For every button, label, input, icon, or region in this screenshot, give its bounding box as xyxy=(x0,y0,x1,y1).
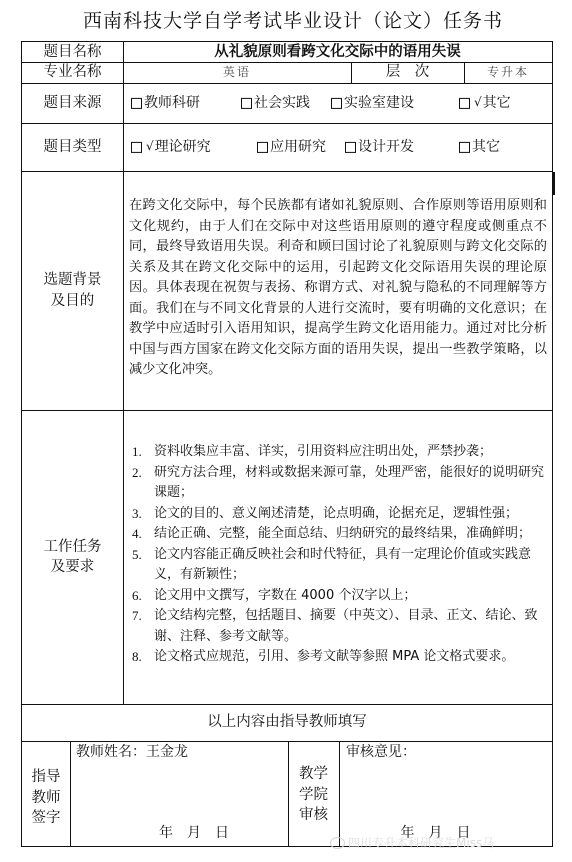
source-option-social-practice[interactable]: 社会实践 xyxy=(241,94,310,112)
major-label: 专业名称 xyxy=(22,62,123,83)
checkmark-icon: √ xyxy=(474,95,482,111)
advisor-fill-note: 以上内容由指导教师填写 xyxy=(22,704,552,741)
list-item: 7.论文结构完整，包括题目、摘要（中英文）、目录、正文、结论、致谢、注释、参考文… xyxy=(132,606,547,647)
background-label: 选题背景 及目的 xyxy=(22,171,123,410)
list-item: 1.资料收集应丰富、详实，引用资料应注明出处，严禁抄袭； xyxy=(132,442,547,463)
level-value: 专升本 xyxy=(464,62,552,83)
list-item: 5.论文内容能正确反映社会和时代特征，具有一定理论价值或实践意义，有新颖性； xyxy=(132,545,547,586)
requirements-label: 工作任务 及要求 xyxy=(22,410,123,704)
list-item: 2.研究方法合理，材料或数据来源可靠，处理严密，能很好的说明研究课题； xyxy=(132,463,547,504)
checkbox-icon[interactable] xyxy=(131,98,142,109)
task-document: 西南科技大学自学考试毕业设计（论文）任务书 题目名称 从礼貌原则看跨文化交际中的… xyxy=(0,0,572,862)
list-item: 6.论文用中文撰写，字数在 4000 个汉字以上； xyxy=(132,586,547,607)
requirements-list: 1.资料收集应丰富、详实，引用资料应注明出处，严禁抄袭； 2.研究方法合理，材料… xyxy=(132,442,547,668)
teacher-name: 教师姓名：王金龙 xyxy=(76,742,188,762)
source-option-lab-construction[interactable]: 实验室建设 xyxy=(331,94,414,112)
weibo-logo-icon xyxy=(330,837,345,849)
type-option-design-development[interactable]: 设计开发 xyxy=(345,138,414,156)
type-option-other[interactable]: 其它 xyxy=(459,138,500,156)
checkbox-icon[interactable] xyxy=(331,98,342,109)
checkbox-icon[interactable] xyxy=(459,98,470,109)
level-label: 层 次 xyxy=(351,62,464,83)
checkbox-icon[interactable] xyxy=(459,142,470,153)
topic-type-options: √理论研究 应用研究 设计开发 其它 xyxy=(123,123,552,171)
document-title: 西南科技大学自学考试毕业设计（论文）任务书 xyxy=(0,6,572,33)
topic-source-options: 教师科研 社会实践 实验室建设 √其它 xyxy=(123,83,552,123)
checkbox-icon[interactable] xyxy=(241,98,252,109)
list-item: 4.结论正确、完整，能全面总结、归纳研究的最终结果，准确鲜明； xyxy=(132,524,547,545)
checkbox-icon[interactable] xyxy=(345,142,356,153)
checkmark-icon: √ xyxy=(146,139,154,155)
background-text: 在跨文化交际中，每个民族都有诸如礼貌原则、合作原则等语用原则和文化规约，由于人们… xyxy=(129,196,547,381)
checkbox-icon[interactable] xyxy=(257,142,268,153)
list-item: 8.论文格式应规范，引用、参考文献等参照 MPA 论文格式要求。 xyxy=(132,647,547,668)
advisor-signature-date[interactable]: 年 月 日 xyxy=(70,823,288,843)
topic-type-label: 题目类型 xyxy=(22,123,123,171)
college-review-label: 教学 学院 审核 xyxy=(288,741,339,847)
type-option-theory-research[interactable]: √理论研究 xyxy=(131,138,211,156)
list-item: 3.论文的目的、意义阐述清楚，论点明确，论据充足，逻辑性强； xyxy=(132,504,547,525)
type-option-applied-research[interactable]: 应用研究 xyxy=(257,138,326,156)
checkbox-icon[interactable] xyxy=(131,142,142,153)
text-cursor-bar xyxy=(552,172,555,195)
topic-source-label: 题目来源 xyxy=(22,83,123,123)
task-table: 题目名称 从礼貌原则看跨文化交际中的语用失误 专业名称 英语 层 次 专升本 题… xyxy=(21,41,553,847)
review-opinion-label: 审核意见： xyxy=(346,742,416,762)
major-value: 英语 xyxy=(123,62,351,83)
source-option-teacher-research[interactable]: 教师科研 xyxy=(131,94,200,112)
source-option-other[interactable]: √其它 xyxy=(459,94,511,112)
advisor-signature-label: 指导 教师 签字 xyxy=(22,741,70,847)
topic-name-label: 题目名称 xyxy=(22,42,123,62)
watermark: 四川专升本科研究生Miss马 xyxy=(330,834,494,851)
topic-name-value: 从礼貌原则看跨文化交际中的语用失误 xyxy=(123,42,552,62)
